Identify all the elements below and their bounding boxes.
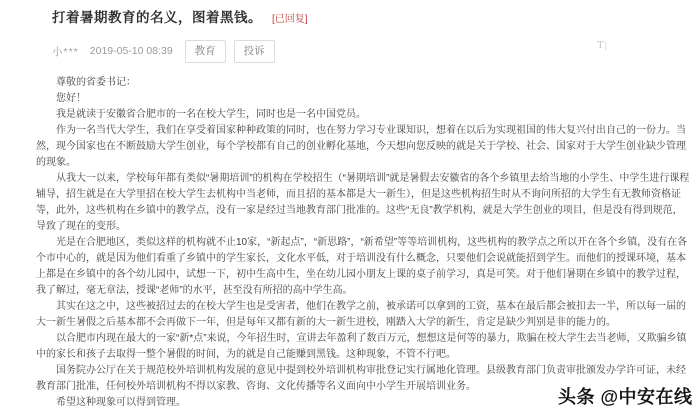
- body-paragraph: 以合肥市内现在最大的一家“新*点”来说，今年招生时，宣讲去年盈利了数百万元，想想…: [36, 331, 690, 363]
- post-header: 打着暑期教育的名义，图着黑钱。 [已回复] 小*** 2019-05-10 08…: [0, 0, 700, 63]
- body-paragraph-salutation: 尊敬的省委书记：: [36, 75, 690, 91]
- source-watermark: 头条 @中安在线: [558, 383, 693, 409]
- body-paragraph: 从我大一以来，学校每年都有类似“暑期培训”的机构在学校招生（“暑期培训”就是暑假…: [36, 171, 690, 235]
- complaint-post-page: 打着暑期教育的名义，图着黑钱。 [已回复] 小*** 2019-05-10 08…: [0, 0, 700, 412]
- post-timestamp: 2019-05-10 08:39: [90, 45, 173, 57]
- title-row: 打着暑期教育的名义，图着黑钱。 [已回复]: [52, 8, 688, 28]
- tag-education[interactable]: 教育: [185, 40, 226, 63]
- body-paragraph: 其实在这之中，这些被招过去的在校大学生也是受害者，他们在教学之前，被承诺可以拿到…: [36, 299, 690, 331]
- post-meta-row: 小*** 2019-05-10 08:39 教育 投诉: [52, 40, 688, 63]
- corner-page-logo: T|: [597, 39, 608, 51]
- replied-status-badge: [已回复]: [272, 10, 308, 25]
- post-body: 尊敬的省委书记： 您好！ 我是就读于安徽省合肥市的一名在校大学生，同时也是一名中…: [0, 75, 700, 411]
- post-title: 打着暑期教育的名义，图着黑钱。: [52, 8, 262, 28]
- body-paragraph-intro: 我是就读于安徽省合肥市的一名在校大学生，同时也是一名中国党员。: [36, 107, 690, 123]
- tag-complaint[interactable]: 投诉: [234, 40, 275, 63]
- body-paragraph: 光是在合肥地区，类似这样的机构就不止10家，“新起点”，“新思路”，“新希望”等…: [36, 235, 690, 299]
- body-paragraph-greeting: 您好！: [36, 91, 690, 107]
- post-author: 小***: [52, 44, 79, 59]
- body-paragraph: 作为一名当代大学生，我们在享受着国家种种政策的同时，也在努力学习专业课知识，想着…: [36, 123, 690, 171]
